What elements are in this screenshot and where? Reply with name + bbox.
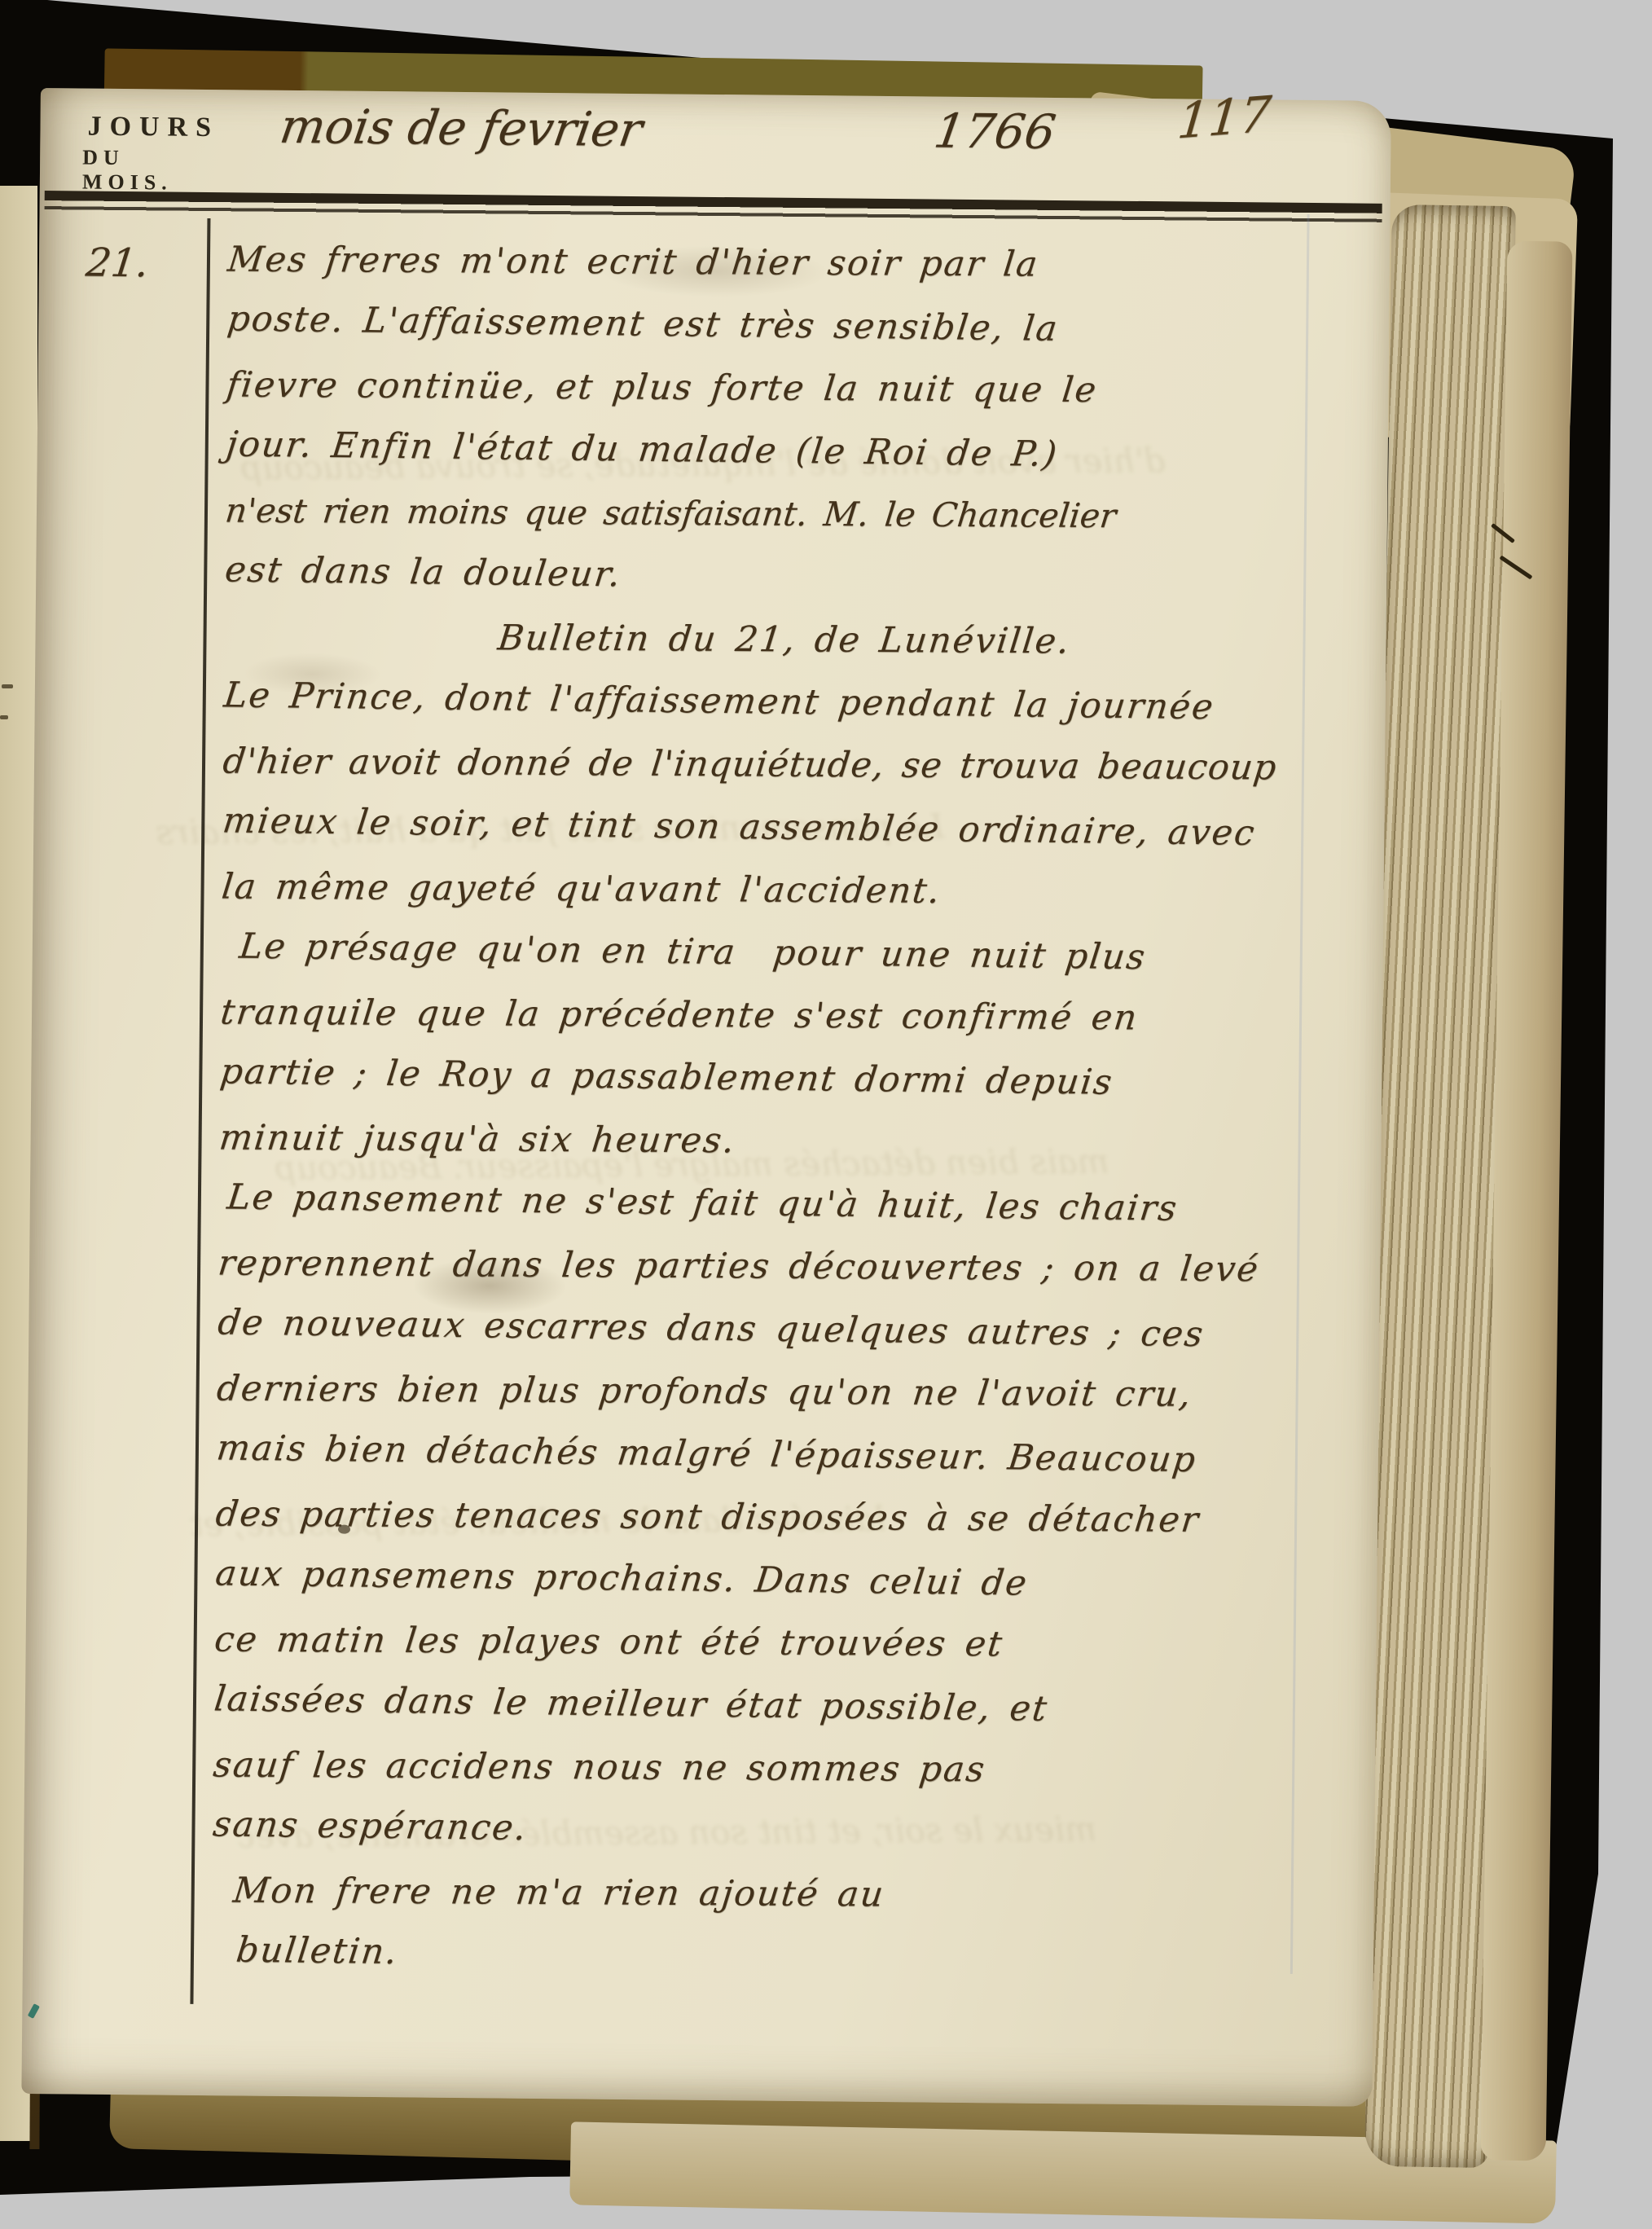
teal-ink-mark xyxy=(28,2003,40,2019)
entry-line: partie ; le Roy a passablement dormi dep… xyxy=(217,1040,1332,1117)
entry-line: d'hier avoit donné de l'inquiétude, se t… xyxy=(220,731,1335,800)
entry-line: derniers bien plus profonds qu'on ne l'a… xyxy=(213,1358,1329,1427)
entry-line: tranquile que la précédente s'est confir… xyxy=(217,982,1333,1051)
entry-line: mais bien détachés malgré l'épaisseur. B… xyxy=(213,1417,1329,1493)
facing-page-text-fragment xyxy=(0,715,8,719)
entry-line: laissées dans le meilleur état possible,… xyxy=(211,1668,1326,1744)
entry-line: sauf les accidens nous ne sommes pas xyxy=(210,1734,1325,1804)
entry-line: Mon frere ne m'a rien ajouté au xyxy=(230,1860,1324,1929)
entry-line: aux pansemens prochains. Dans celui de xyxy=(212,1542,1327,1619)
entry-line: reprennent dans les parties découvertes … xyxy=(215,1233,1330,1302)
entry-line: des parties tenaces sont disposées à se … xyxy=(213,1484,1328,1553)
day-number: 21. xyxy=(84,240,152,287)
header-double-rule xyxy=(45,191,1382,225)
entry-line: poste. L'affaissement est très sensible,… xyxy=(224,288,1339,364)
day-column-rule xyxy=(190,218,210,2004)
entry-line: minuit jusqu'à six heures. xyxy=(216,1107,1331,1176)
entry-line: bulletin. xyxy=(233,1919,1324,1995)
entry-line: de nouveaux escarres dans quelques autre… xyxy=(214,1291,1329,1368)
entry-line: Bulletin du 21, de Lunéville. xyxy=(494,607,1336,675)
printed-days-label-line2: DU MOIS. xyxy=(82,145,173,195)
page-number: 117 xyxy=(1175,86,1273,151)
entry-line: Mes freres m'ont ecrit d'hier soir par l… xyxy=(224,229,1339,298)
entry-line: sans espérance. xyxy=(209,1793,1325,1870)
entry-line: la même gayeté qu'avant l'accident. xyxy=(218,856,1333,925)
manuscript-page: d'hier avoit donné de l'inquiétude, se t… xyxy=(21,88,1391,2107)
month-title: mois de fevrier xyxy=(276,99,646,157)
entry-text-block: Mes freres m'ont ecrit d'hier soir par l… xyxy=(212,226,1337,1994)
entry-line: Le pansement ne s'est fait qu'à huit, le… xyxy=(224,1167,1331,1242)
entry-line: Le présage qu'on en tira pour une nuit p… xyxy=(236,916,1333,991)
entry-line: fievre continüe, et plus forte la nuit q… xyxy=(223,354,1338,424)
year: 1766 xyxy=(930,103,1059,160)
entry-line: ce matin les playes ont été trouvées et xyxy=(211,1609,1326,1678)
facing-page-text-fragment xyxy=(2,684,13,688)
entry-line: est dans la douleur. xyxy=(222,539,1337,615)
printed-days-label-line1: JOURS xyxy=(87,112,219,144)
entry-line: n'est rien moins que satisfaisant. M. le… xyxy=(222,480,1338,549)
entry-line: mieux le soir, et tint son assemblée ord… xyxy=(219,789,1334,866)
entry-line: jour. Enfin l'état du malade (le Roi de … xyxy=(222,413,1338,490)
entry-line: Le Prince, dont l'affaissement pendant l… xyxy=(221,664,1336,741)
